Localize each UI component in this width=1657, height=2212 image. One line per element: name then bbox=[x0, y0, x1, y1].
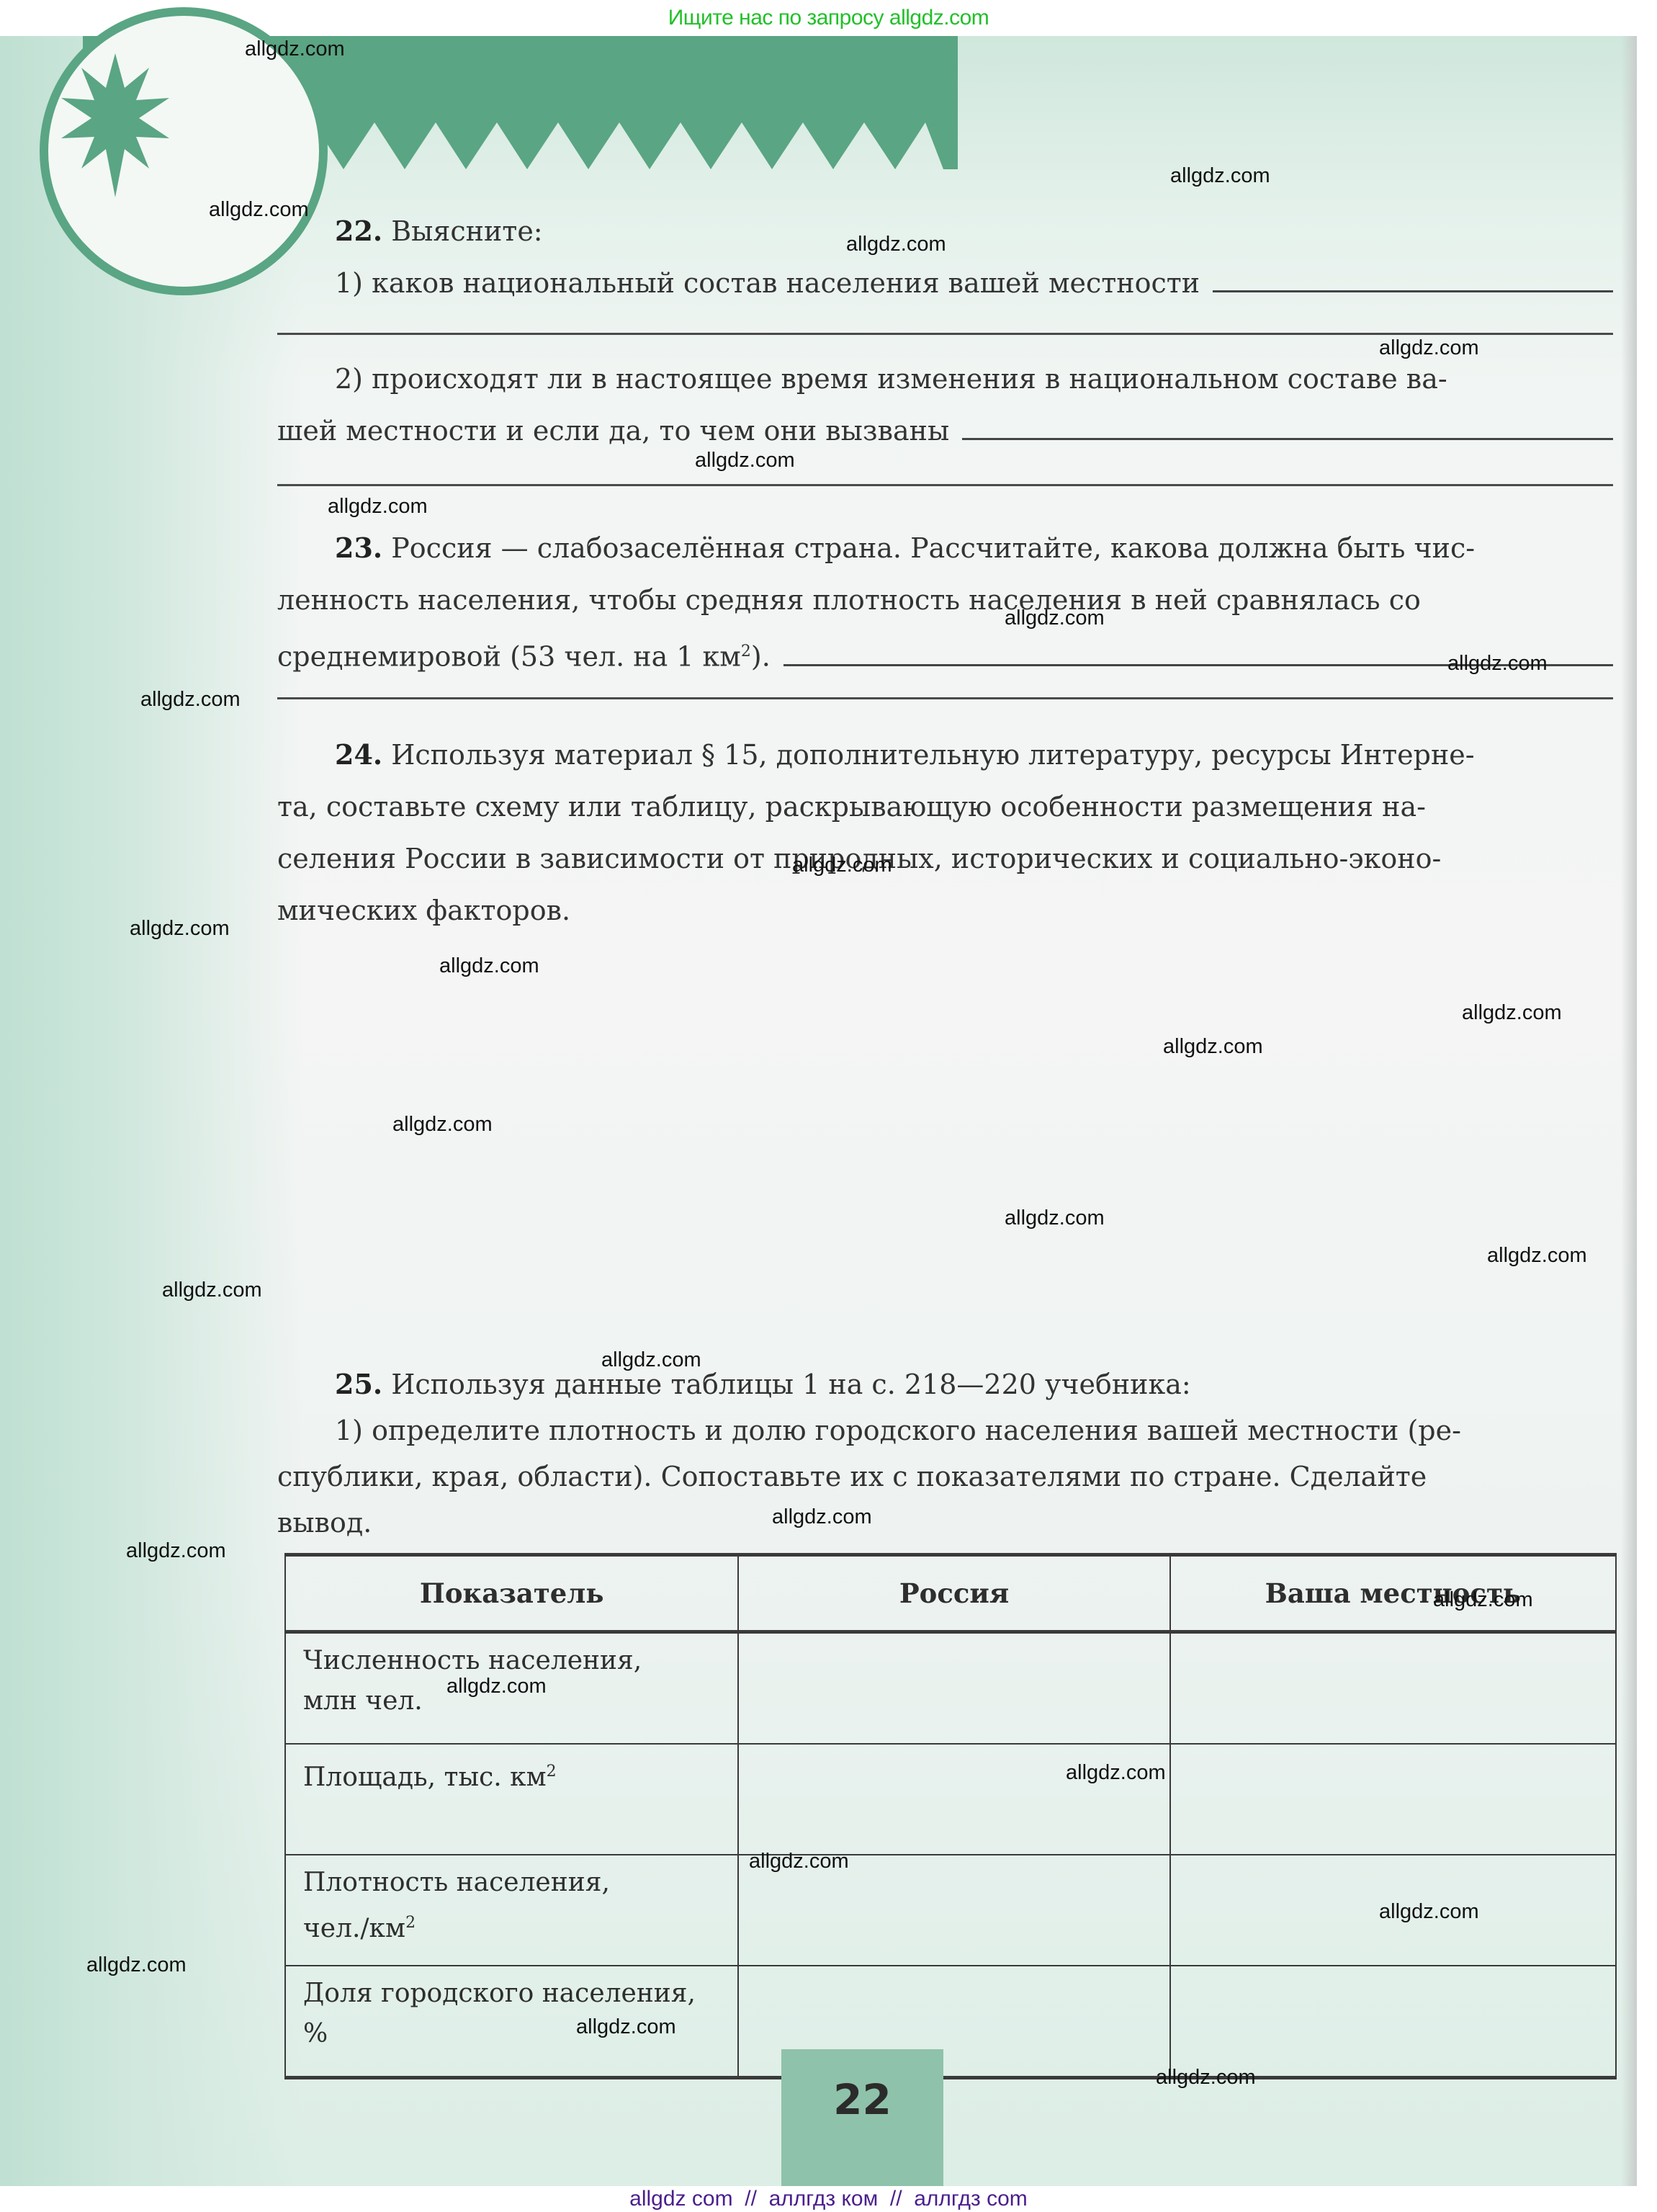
answer-line[interactable] bbox=[277, 484, 1613, 486]
watermark: allgdz.com bbox=[1379, 336, 1479, 360]
column-header: Ваша местность bbox=[1170, 1555, 1616, 1632]
task-text: Используя данные таблицы 1 на с. 218—220… bbox=[391, 1369, 1191, 1400]
answer-line[interactable] bbox=[1213, 290, 1613, 292]
row-label: Площадь, тыс. км2 bbox=[285, 1744, 738, 1855]
task-text: селения России в зависимости от природны… bbox=[277, 833, 1613, 885]
task-24: 24. Используя материал § 15, дополнитель… bbox=[277, 729, 1613, 936]
watermark: allgdz.com bbox=[162, 1279, 262, 1302]
watermark: allgdz.com bbox=[392, 1113, 493, 1137]
task-text: Используя материал § 15, дополнительную … bbox=[391, 739, 1474, 771]
watermark: allgdz.com bbox=[1379, 1900, 1479, 1924]
indicators-table: Показатель Россия Ваша местность Численн… bbox=[284, 1553, 1617, 2079]
watermark: allgdz.com bbox=[328, 495, 428, 519]
watermark: allgdz.com bbox=[1447, 652, 1548, 676]
star-icon bbox=[61, 53, 169, 197]
task-number: 22. bbox=[335, 215, 382, 247]
watermark: allgdz.com bbox=[1005, 1206, 1105, 1230]
watermark: allgdz.com bbox=[1462, 1001, 1562, 1025]
watermark: allgdz.com bbox=[792, 854, 892, 877]
task-title: Выясните: bbox=[391, 215, 542, 247]
header-decoration bbox=[83, 36, 958, 169]
watermark: allgdz.com bbox=[1005, 606, 1105, 630]
answer-line[interactable] bbox=[277, 697, 1613, 699]
watermark: allgdz.com bbox=[1156, 2066, 1256, 2090]
table-row: Площадь, тыс. км2 bbox=[285, 1744, 1616, 1855]
task-text: спублики, края, области). Сопоставьте их… bbox=[277, 1454, 1613, 1500]
page-number-box: 22 bbox=[781, 2049, 943, 2186]
watermark: allgdz.com bbox=[140, 688, 241, 712]
task-22: 22. Выясните: 1) каков национальный сост… bbox=[277, 205, 1613, 309]
watermark: allgdz.com bbox=[695, 449, 795, 473]
task-question: 1) каков национальный состав населения в… bbox=[335, 257, 1200, 309]
watermark: allgdz.com bbox=[749, 1850, 849, 1873]
cell-russia[interactable] bbox=[738, 1632, 1169, 1745]
watermark: allgdz.com bbox=[1066, 1761, 1166, 1785]
watermark: allgdz.com bbox=[772, 1505, 872, 1529]
task-text: 1) определите плотность и долю городског… bbox=[277, 1407, 1613, 1454]
page-right-shadow bbox=[1621, 36, 1637, 2186]
watermark: allgdz.com bbox=[846, 233, 946, 256]
column-header: Показатель bbox=[285, 1555, 738, 1632]
watermark: allgdz.com bbox=[439, 954, 539, 978]
cell-local[interactable] bbox=[1170, 1744, 1616, 1855]
column-header: Россия bbox=[738, 1555, 1169, 1632]
footer-banner: allgdz com // аллгдз ком // аллгдз com bbox=[0, 2186, 1657, 2212]
answer-line[interactable] bbox=[962, 437, 1613, 440]
task-text: ленность населения, чтобы средняя плотно… bbox=[277, 574, 1613, 626]
page-left-tint bbox=[0, 36, 302, 2186]
watermark: allgdz.com bbox=[1163, 1035, 1263, 1059]
task-text: среднемировой (53 чел. на 1 км2). bbox=[277, 626, 771, 683]
watermark: allgdz.com bbox=[1170, 164, 1270, 188]
watermark: allgdz.com bbox=[245, 37, 345, 61]
watermark: allgdz.com bbox=[446, 1675, 547, 1698]
watermark: allgdz.com bbox=[576, 2015, 676, 2039]
task-23: 23. Россия — слабозаселённая страна. Рас… bbox=[277, 522, 1613, 683]
watermark: allgdz.com bbox=[209, 198, 309, 222]
watermark: allgdz.com bbox=[601, 1348, 701, 1372]
cell-local[interactable] bbox=[1170, 1632, 1616, 1745]
task-text: вывод. bbox=[277, 1500, 1613, 1546]
task-text: мических факторов. bbox=[277, 885, 1613, 936]
watermark: allgdz.com bbox=[1433, 1588, 1533, 1612]
watermark: allgdz.com bbox=[130, 917, 230, 941]
task-text: та, составьте схему или таблицу, раскрыв… bbox=[277, 781, 1613, 833]
answer-line[interactable] bbox=[277, 333, 1613, 335]
task-number: 24. bbox=[335, 738, 382, 771]
footer-text: allgdz com // аллгдз ком // аллгдз com bbox=[629, 2187, 1028, 2211]
task-25: 25. Используя данные таблицы 1 на с. 218… bbox=[277, 1361, 1613, 1546]
cell-local[interactable] bbox=[1170, 1966, 1616, 2078]
watermark: allgdz.com bbox=[1487, 1244, 1587, 1268]
table-row: Доля городского населения,% bbox=[285, 1966, 1616, 2078]
watermark: allgdz.com bbox=[126, 1539, 226, 1563]
row-label: Плотность населения,чел./км2 bbox=[285, 1855, 738, 1966]
watermark: allgdz.com bbox=[86, 1953, 187, 1977]
task-question: шей местности и если да, то чем они вызв… bbox=[277, 405, 949, 457]
task-question: 2) происходят ли в настоящее время измен… bbox=[277, 353, 1613, 405]
task-text: Россия — слабозаселённая страна. Рассчит… bbox=[391, 532, 1475, 564]
task-number: 23. bbox=[335, 532, 382, 564]
top-banner-text: Ищите нас по запросу allgdz.com bbox=[668, 6, 989, 30]
task-number: 25. bbox=[335, 1368, 382, 1400]
task-22-q2: 2) происходят ли в настоящее время измен… bbox=[277, 353, 1613, 457]
page-number: 22 bbox=[833, 2075, 892, 2124]
